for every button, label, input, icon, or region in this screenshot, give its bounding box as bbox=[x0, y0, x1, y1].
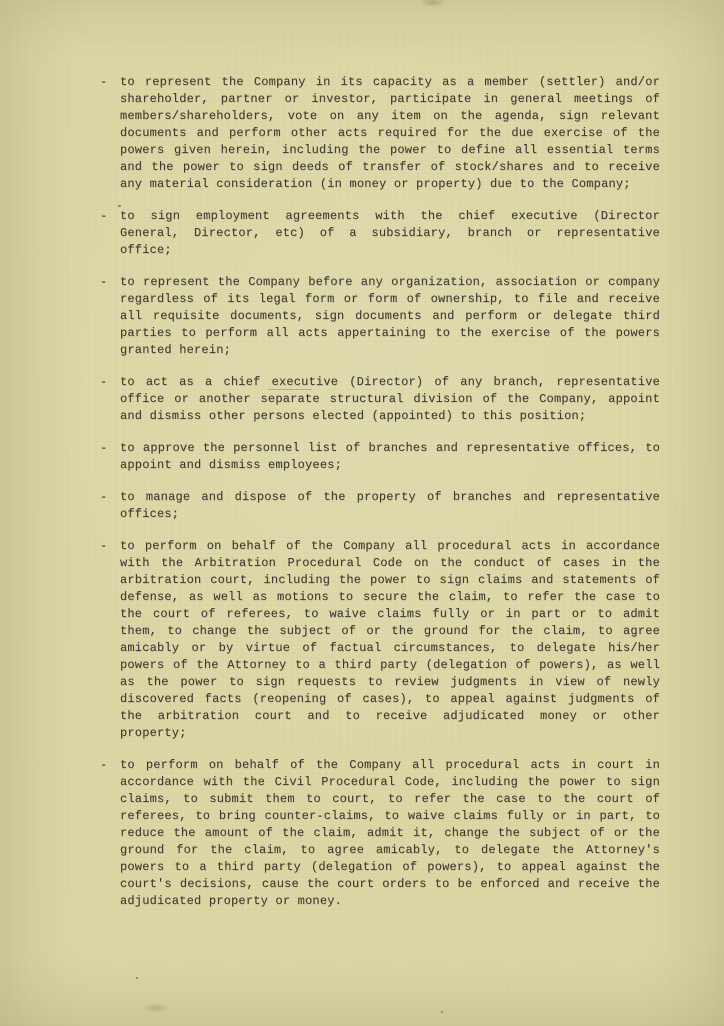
list-item: - to perform on behalf of the Company al… bbox=[100, 757, 662, 910]
bullet-dash: - bbox=[100, 440, 120, 474]
clause-text: to perform on behalf of the Company all … bbox=[120, 757, 660, 910]
bullet-dash: - bbox=[100, 757, 120, 910]
clause-text: to represent the Company before any orga… bbox=[120, 274, 660, 359]
document-page: - to represent the Company in its capaci… bbox=[0, 0, 724, 1026]
scan-smudge bbox=[420, 0, 446, 7]
bullet-dash: - bbox=[100, 489, 120, 523]
bullet-dash: - bbox=[100, 74, 120, 193]
clause-text: to represent the Company in its capacity… bbox=[120, 74, 660, 193]
bullet-dash: - bbox=[100, 538, 120, 742]
list-item: - to act as a chief executive (Director)… bbox=[100, 374, 662, 425]
bullet-dash: - bbox=[100, 274, 120, 359]
list-item: - to represent the Company in its capaci… bbox=[100, 74, 662, 193]
list-item: - to manage and dispose of the property … bbox=[100, 489, 662, 523]
clause-text: to act as a chief executive (Director) o… bbox=[120, 374, 660, 425]
clause-list: - to represent the Company in its capaci… bbox=[100, 74, 662, 925]
scan-smudge bbox=[143, 1003, 169, 1013]
bullet-dash: - bbox=[100, 208, 120, 259]
bullet-dash: - bbox=[100, 374, 120, 425]
clause-text: to manage and dispose of the property of… bbox=[120, 489, 660, 523]
list-item: - to perform on behalf of the Company al… bbox=[100, 538, 662, 742]
clause-text: to approve the personnel list of branche… bbox=[120, 440, 660, 474]
scan-speck bbox=[136, 977, 138, 979]
list-item: - to sign employment agreements with the… bbox=[100, 208, 662, 259]
scan-scratch bbox=[268, 389, 312, 390]
scan-speck bbox=[441, 1011, 443, 1013]
list-item: - to approve the personnel list of branc… bbox=[100, 440, 662, 474]
list-item: - to represent the Company before any or… bbox=[100, 274, 662, 359]
clause-text: to perform on behalf of the Company all … bbox=[120, 538, 660, 742]
clause-text: to sign employment agreements with the c… bbox=[120, 208, 660, 259]
